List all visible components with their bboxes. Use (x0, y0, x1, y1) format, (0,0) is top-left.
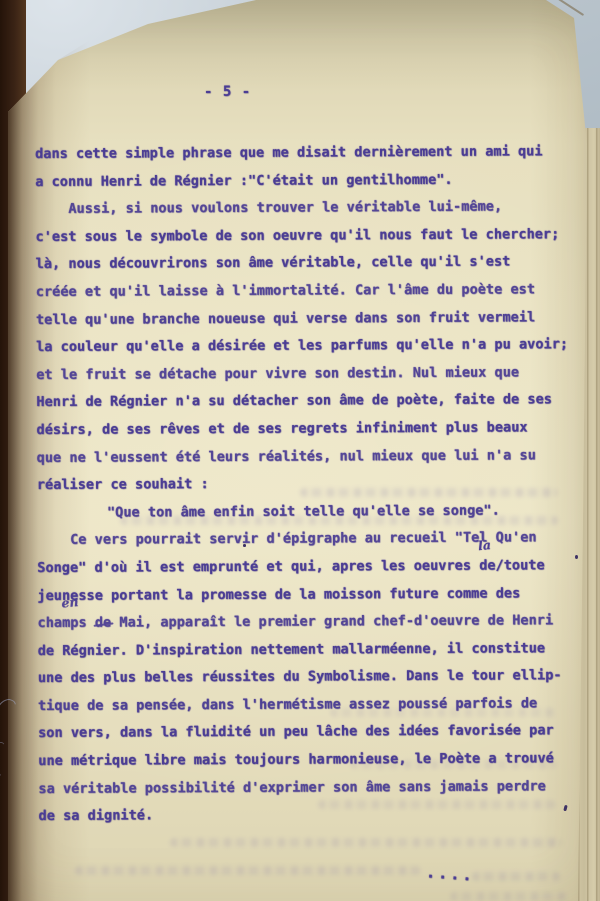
typed-text: de sa dignité. (38, 808, 153, 825)
typed-line: a connu Henri de Régnier :"C'était un ge… (35, 166, 572, 196)
typed-line: réaliser ce souhait : (37, 469, 574, 499)
typed-line: champs de Mai, apparaît le premier grand… (37, 607, 574, 637)
typed-text: là, nous découvrirons son âme véritable,… (36, 254, 511, 272)
typed-text: Ce vers pourrait servir d'épigraphe au r… (70, 530, 537, 548)
handwritten-insertion: en (61, 596, 79, 610)
typed-text: que ne l'eussent été leurs réalités, nul… (37, 447, 536, 466)
typed-text: a connu Henri de Régnier :"C'était un ge… (35, 171, 452, 189)
typed-text: "Que ton âme enfin soit telle qu'elle se… (107, 502, 500, 520)
typed-text: créée et qu'il laisse à l'immortalité. C… (36, 281, 535, 300)
typed-text: telle qu'une branche noueuse qui verse d… (36, 309, 535, 328)
typed-text: réaliser ce souhait : (37, 476, 209, 493)
typed-line: Aussi, si nous voulons trouver le vérita… (35, 193, 572, 223)
ghost-showthrough (170, 838, 562, 847)
typed-line: sa véritable possibilité d'exprimer son … (38, 773, 575, 803)
typed-text: tique de sa pensée, dans l'hermétisme as… (38, 695, 537, 714)
typed-text: son vers, dans la fluidité un peu lâche … (38, 723, 554, 742)
photo-of-typescript-page: - 5 - dans cette simple phrase que me di… (0, 0, 600, 901)
ghost-showthrough (450, 892, 568, 901)
typed-line: telle qu'une branche noueuse qui verse d… (36, 304, 573, 334)
typed-line: une des plus belles réussites du Symboli… (38, 662, 575, 692)
typed-text: de Régnier. D'inspiration nettement mall… (38, 640, 545, 659)
typed-line: tique de sa pensée, dans l'hermétisme as… (38, 690, 575, 720)
typed-text: Mai, apparaît le premier grand chef-d'oe… (111, 612, 553, 630)
typed-text: champs (37, 615, 94, 631)
end-of-section-dots: .... (425, 862, 475, 884)
typed-text: et le fruit se détache pour vivre son de… (36, 364, 519, 383)
typed-text: Aussi, si nous voulons trouver le vérita… (68, 199, 502, 217)
ghost-showthrough (75, 866, 421, 875)
typed-line: la couleur qu'elle a désirée et les parf… (36, 331, 573, 361)
typed-line: Henri de Régnier n'a su détacher son âme… (36, 387, 573, 417)
typed-line: que ne l'eussent été leurs réalités, nul… (37, 442, 574, 472)
typed-line: là, nous découvrirons son âme véritable,… (36, 249, 573, 279)
typed-text: dans cette simple phrase que me disait d… (35, 143, 542, 162)
typed-text: la couleur qu'elle a désirée et les parf… (36, 336, 568, 355)
typed-line: une métrique libre mais toujours harmoni… (38, 745, 575, 775)
handwritten-insertion: la (478, 539, 492, 552)
typed-line: jeunesse portant la promesse de la moiss… (37, 580, 574, 610)
page-number: - 5 - (204, 84, 251, 100)
typed-line: de Régnier. D'inspiration nettement mall… (38, 635, 575, 665)
ghost-showthrough (472, 872, 560, 881)
typed-line: désirs, de ses rêves et de ses regrets i… (36, 414, 573, 444)
typed-line: dans cette simple phrase que me disait d… (35, 138, 572, 168)
typed-text-block: dans cette simple phrase que me disait d… (35, 138, 576, 831)
typed-line: créée et qu'il laisse à l'immortalité. C… (36, 276, 573, 306)
typed-text: désirs, de ses rêves et de ses regrets i… (36, 419, 527, 438)
typed-line: Songe" d'où il est emprunté et qui, apre… (37, 552, 574, 582)
typed-line: c'est sous le symbole de son oeuvre qu'i… (35, 221, 572, 251)
ink-speck (575, 555, 578, 559)
typed-line: Ce vers pourrait servir d'épigraphe au r… (37, 524, 574, 554)
ink-speck (243, 544, 246, 547)
typed-text: jeunesse portant la promesse de la moiss… (37, 585, 520, 604)
typed-text: Songe" d'où il est emprunté et qui, apre… (37, 557, 544, 576)
typed-line: son vers, dans la fluidité un peu lâche … (38, 718, 575, 748)
typed-text: une métrique libre mais toujours harmoni… (38, 750, 554, 769)
typed-line: et le fruit se détache pour vivre son de… (36, 359, 573, 389)
typed-text: une des plus belles réussites du Symboli… (38, 668, 562, 687)
typed-text: c'est sous le symbole de son oeuvre qu'i… (35, 226, 559, 245)
typed-line: de sa dignité. (38, 800, 575, 830)
struck-word: de (95, 610, 112, 638)
typed-text: sa véritable possibilité d'exprimer son … (38, 778, 545, 797)
typed-line: "Que ton âme enfin soit telle qu'elle se… (37, 497, 574, 527)
typed-text: Henri de Régnier n'a su détacher son âme… (36, 392, 552, 411)
